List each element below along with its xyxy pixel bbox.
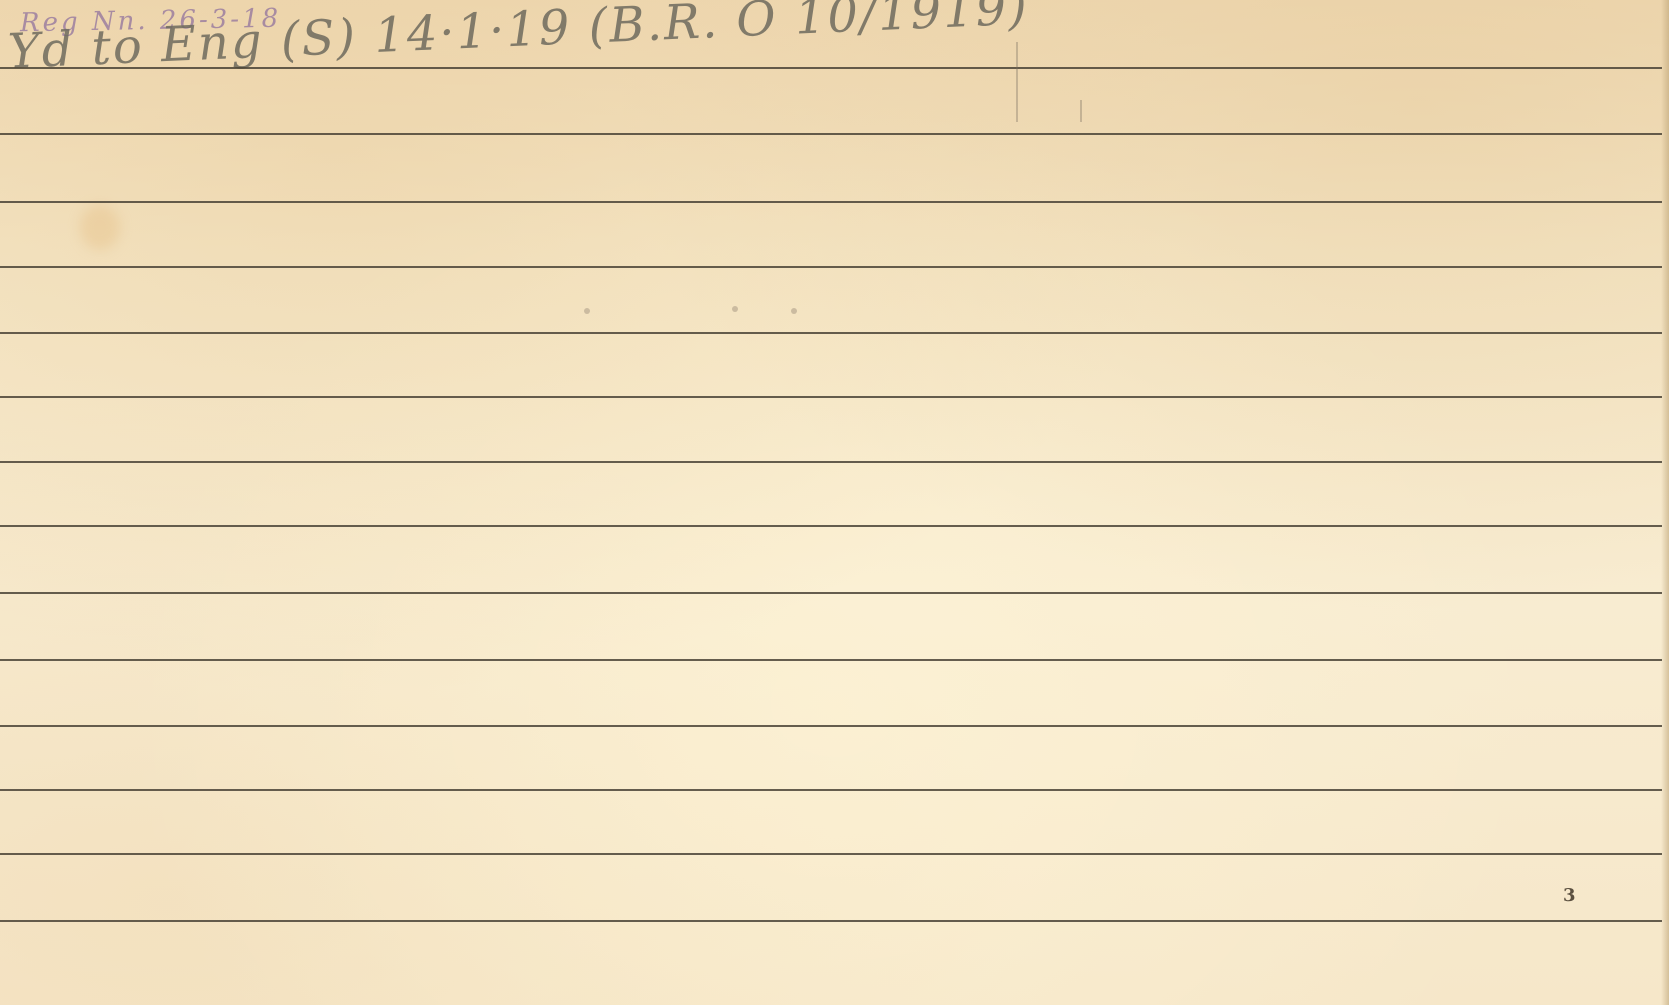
ruled-line (0, 461, 1662, 463)
faint-pen-mark (1016, 42, 1018, 122)
ruled-line (0, 592, 1662, 594)
paper-speck (584, 308, 590, 314)
paper-speck (732, 306, 738, 312)
ruled-line (0, 201, 1662, 203)
paper-speck (791, 308, 797, 314)
ruled-line (0, 525, 1662, 527)
ruled-line (0, 725, 1662, 727)
faint-pen-mark (1080, 100, 1082, 122)
ruled-line (0, 659, 1662, 661)
ruled-line (0, 67, 1662, 69)
ruled-line (0, 396, 1662, 398)
ruled-line (0, 266, 1662, 268)
index-card: Reg Nn. 26-3-18 Yd to Eng (S) 14·1·19 (B… (0, 0, 1669, 1005)
corner-mark: 3 (1563, 885, 1576, 906)
ruled-line (0, 133, 1662, 135)
paper-stain (80, 205, 120, 250)
ruled-line (0, 853, 1662, 855)
ruled-line (0, 789, 1662, 791)
ruled-line (0, 920, 1662, 922)
ruled-line (0, 332, 1662, 334)
